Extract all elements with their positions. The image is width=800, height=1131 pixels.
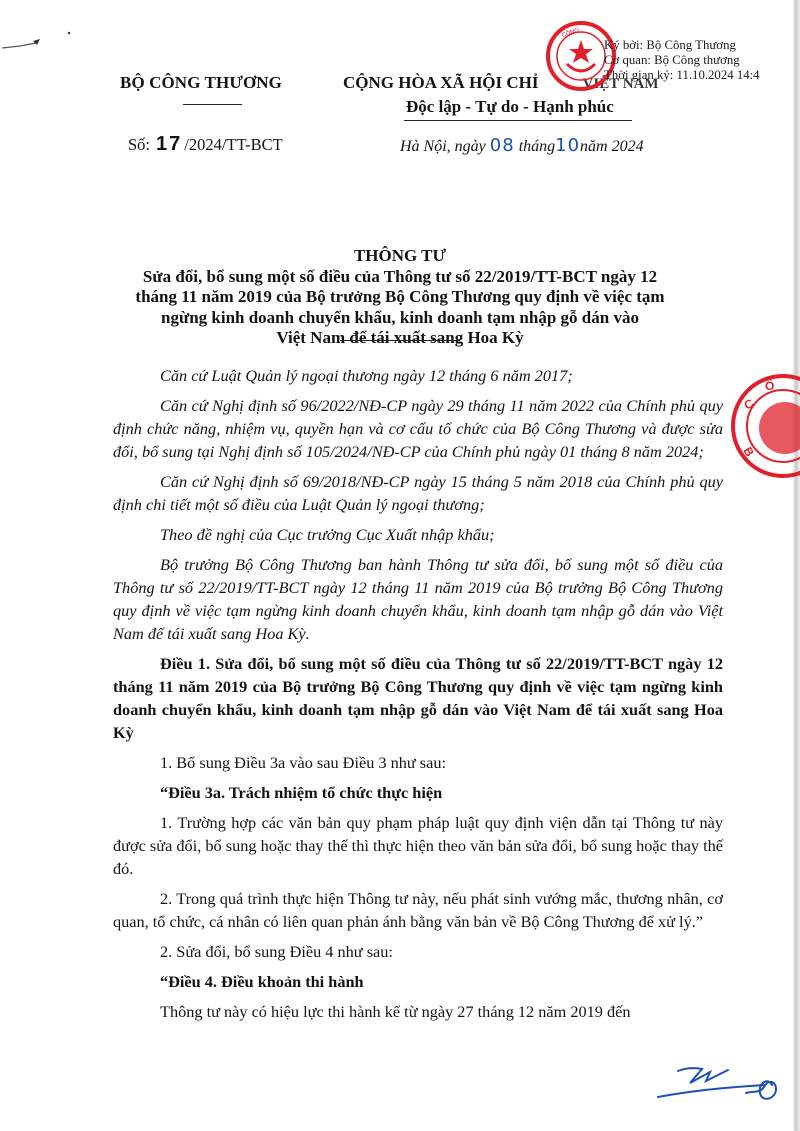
article-3a-clause-2: 2. Trong quá trình thực hiện Thông tư nà… xyxy=(113,887,723,933)
nation-title-text: CỘNG HÒA XÃ HỘI CHỈ xyxy=(343,73,539,92)
signing-time: Thời gian ký: 11.10.2024 14:4 xyxy=(604,68,760,83)
date-month-label: tháng xyxy=(519,138,555,155)
date-place-prefix: Hà Nội, ngày xyxy=(400,138,486,155)
signing-agency: Cơ quan: Bộ Công thương xyxy=(604,53,760,68)
preamble-item: Căn cứ Nghị định số 69/2018/NĐ-CP ngày 1… xyxy=(113,470,723,516)
title-underline xyxy=(340,340,460,341)
document-number-value: 17 xyxy=(156,133,182,155)
title-line: Việt Nam để tái xuất sang Hoa Kỳ xyxy=(100,328,700,349)
svg-text:Ô: Ô xyxy=(765,378,774,393)
edge-seal-icon: C Ô B xyxy=(727,370,800,482)
title-line: tháng 11 năm 2019 của Bộ trưởng Bộ Công … xyxy=(100,287,700,308)
article-1-item-1: 1. Bổ sung Điều 3a vào sau Điều 3 như sa… xyxy=(113,751,723,774)
date-month-handwritten: 10 xyxy=(555,135,580,156)
signed-by: Ký bởi: Bộ Công Thương xyxy=(604,38,760,53)
document-number-prefix: Số: xyxy=(128,135,150,154)
article-1-item-2: 2. Sửa đổi, bổ sung Điều 4 như sau: xyxy=(113,940,723,963)
document-body: Căn cứ Luật Quản lý ngoại thương ngày 12… xyxy=(113,364,723,1030)
organization-underline xyxy=(183,104,242,105)
preamble-item: Bộ trưởng Bộ Công Thương ban hành Thông … xyxy=(113,553,723,645)
article-1-heading: Điều 1. Sửa đổi, bổ sung một số điều của… xyxy=(113,652,723,744)
date-year: năm 2024 xyxy=(580,138,644,155)
issue-date: Hà Nội, ngày 08 tháng10năm 2024 xyxy=(400,135,644,156)
article-4-text: Thông tư này có hiệu lực thi hành kể từ … xyxy=(113,1000,723,1023)
document-title: THÔNG TƯ Sửa đổi, bổ sung một số điều củ… xyxy=(100,246,700,349)
article-3a-clause-1: 1. Trường hợp các văn bản quy phạm pháp … xyxy=(113,811,723,880)
date-day-handwritten: 08 xyxy=(490,135,515,156)
article-4-heading: “Điều 4. Điều khoản thi hành xyxy=(113,970,723,993)
handwritten-initials xyxy=(650,1063,790,1108)
document-number-suffix: /2024/TT-BCT xyxy=(184,135,282,154)
preamble-item: Căn cứ Nghị định số 96/2022/NĐ-CP ngày 2… xyxy=(113,394,723,463)
document-type: THÔNG TƯ xyxy=(100,246,700,267)
issuing-organization: BỘ CÔNG THƯƠNG xyxy=(120,73,282,93)
scan-page-edge xyxy=(793,0,800,1131)
digital-signature-info: Ký bởi: Bộ Công Thương Cơ quan: Bộ Công … xyxy=(604,38,760,83)
scan-artifact-mark xyxy=(0,30,80,60)
article-3a-heading: “Điều 3a. Trách nhiệm tổ chức thực hiện xyxy=(113,781,723,804)
motto-underline xyxy=(404,120,632,121)
national-motto: Độc lập - Tự do - Hạnh phúc xyxy=(406,97,614,117)
preamble-item: Căn cứ Luật Quản lý ngoại thương ngày 12… xyxy=(113,364,723,387)
title-line: ngừng kinh doanh chuyển khẩu, kinh doanh… xyxy=(100,308,700,329)
document-number: Số:17/2024/TT-BCT xyxy=(128,133,283,156)
title-line: Sửa đổi, bổ sung một số điều của Thông t… xyxy=(100,267,700,288)
preamble-item: Theo đề nghị của Cục trưởng Cục Xuất nhậ… xyxy=(113,523,723,546)
